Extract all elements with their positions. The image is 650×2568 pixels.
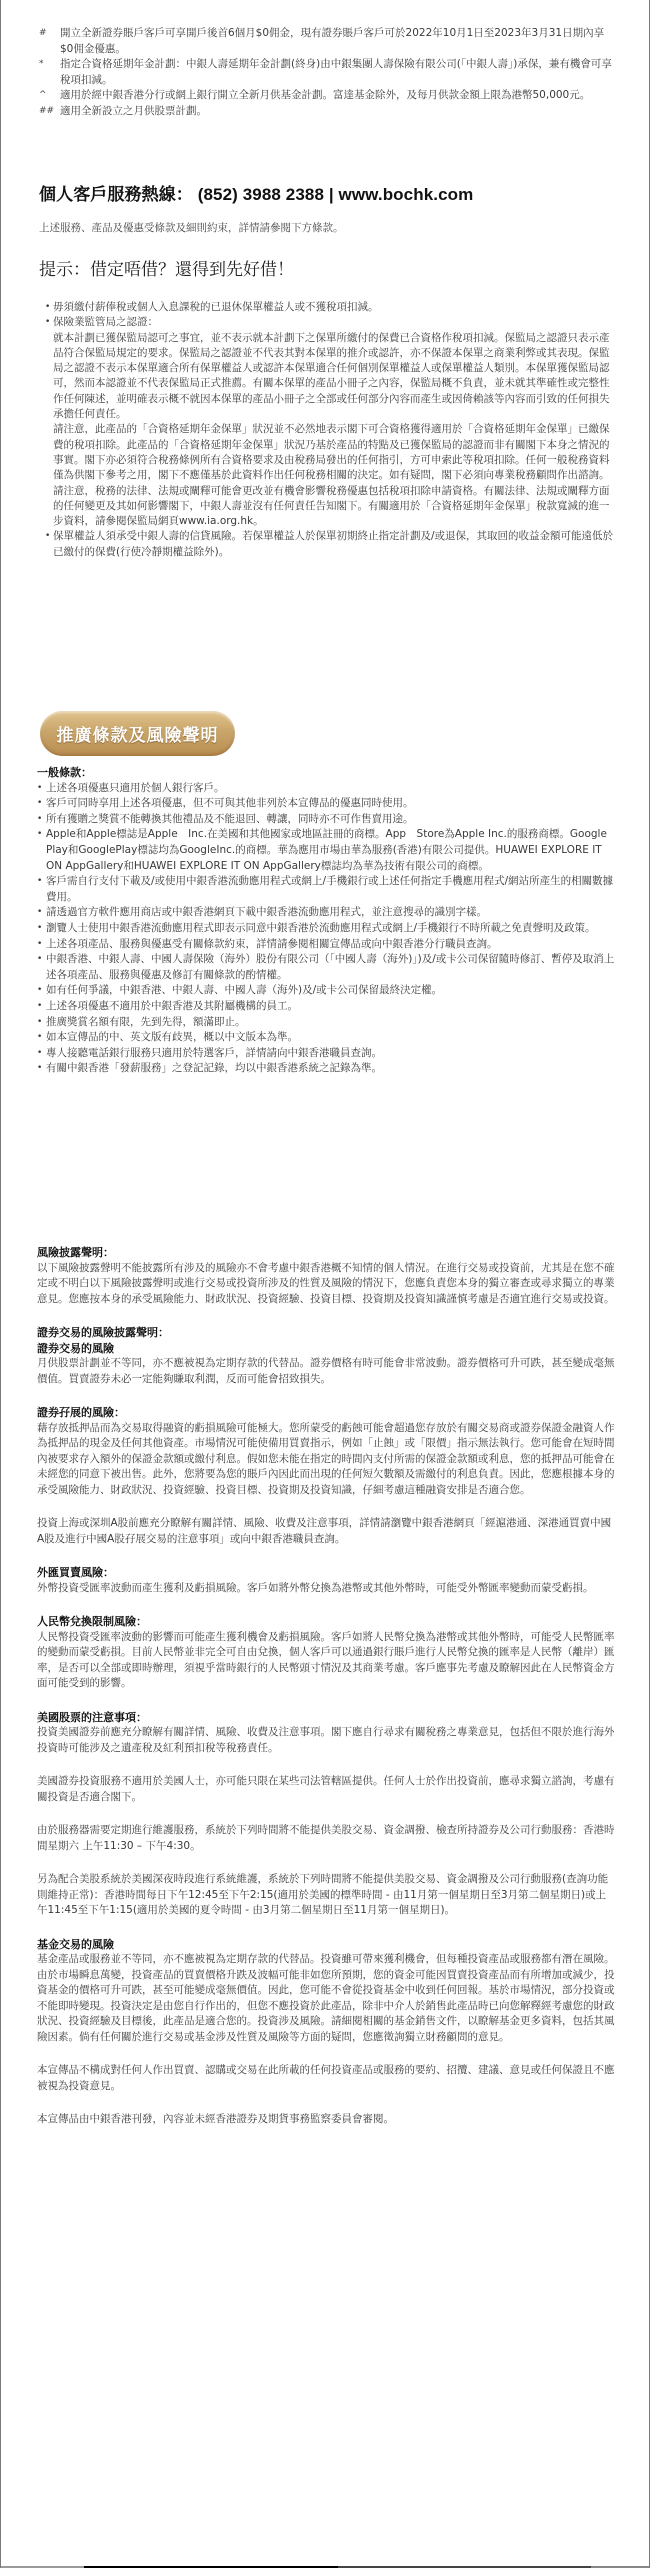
list-item: •專人接聽電話銀行服務只適用於特選客戶，詳情請向中銀香港職員查詢。	[37, 1046, 619, 1062]
hotline-separator: |	[329, 185, 334, 204]
list-item: •推廣獎賞名額有限，先到先得，額滿即止。	[37, 1015, 619, 1031]
margin-risk-title: 證券孖展的風險：	[37, 1405, 615, 1421]
night-maintenance-text: 另為配合美股系統於美國深夜時段進行系統維護，系統於下列時間將不能提供美股交易、資…	[37, 1872, 615, 1919]
bullet-icon: •	[37, 781, 46, 797]
list-item-text: 請透過官方軟件應用商店或中銀香港網頁下載中銀香港流動應用程式，並注意搜尋的識別字…	[46, 905, 619, 921]
footnote-caret: ^ 適用於經中銀香港分行或網上銀行開立全新月供基金計劃。富達基金除外，及每月供款…	[39, 88, 617, 104]
bullet-item: • 保險業監管局之認證：	[45, 315, 617, 330]
a-share-text: 投資上海或深圳A股前應充分瞭解有關詳情、風險、收費及注意事項，詳情請瀏覽中銀香港…	[37, 1516, 615, 1547]
hotline-website-link[interactable]: www.bochk.com	[339, 185, 474, 204]
footnote-asterisk: * 指定合資格延期年金計劃：中銀人壽延期年金計劃(終身)由中銀集團人壽保險有限公…	[39, 57, 617, 88]
bullet-icon: •	[37, 874, 46, 905]
list-item: •瀏覽人士使用中銀香港流動應用程式即表示同意中銀香港於流動應用程式或網上/手機銀…	[37, 921, 619, 937]
list-item: •如有任何爭議，中銀香港、中銀人壽、中國人壽（海外)及/或卡公司保留最終決定權。	[37, 983, 619, 999]
bullet-icon: •	[37, 796, 46, 812]
risk-disclosures: 風險披露聲明： 以下風險披露聲明不能披露所有涉及的風險亦不會考慮中銀香港概不知情…	[37, 1245, 615, 2128]
list-item: •上述各項產品、服務與優惠受有關條款約束，詳情請參閱相關宣傳品或向中銀香港分行職…	[37, 937, 619, 953]
us-stock-title: 美國股票的注意事項：	[37, 1710, 615, 1726]
us-persons-text: 美國證券投資服務不適用於美國人士，亦可能只限在某些司法管轄區提供。任何人士於作出…	[37, 1774, 615, 1805]
footnote-mark: ##	[39, 104, 60, 120]
promo-terms-risk-button[interactable]: 推廣條款及風險聲明	[40, 711, 235, 756]
tax-notes: • 毋須繳付薪俸稅或個人入息課稅的已退休保單權益人或不獲稅項扣減。 • 保險業監…	[45, 300, 617, 560]
list-item: •有關中銀香港「發薪服務」之登記記錄，均以中銀香港系統之記錄為準。	[37, 1061, 619, 1077]
footnote-mark: ^	[39, 88, 60, 104]
bullet-item: • 保單權益人須承受中銀人壽的信貸風險。若保單權益人於保單初期終止指定計劃及/或…	[45, 529, 617, 560]
list-item-text: 上述各項產品、服務與優惠受有關條款約束，詳情請參閱相關宣傳品或向中銀香港分行職員…	[46, 937, 619, 953]
footnote-double-hash: ## 適用全新設立之月供股票計劃。	[39, 104, 617, 120]
footnote-hash: # 開立全新證券賬戶客戶可享開戶後首6個月$0佣金，現有證券賬戶客戶可於2022…	[39, 26, 617, 57]
fund-risk-title: 基金交易的風險	[37, 1937, 615, 1953]
list-item-text: 上述各項優惠不適用於中銀香港及其附屬機構的員工。	[46, 999, 619, 1015]
list-item: •上述各項優惠不適用於中銀香港及其附屬機構的員工。	[37, 999, 619, 1015]
general-terms-title: 一般條款：	[37, 765, 619, 781]
borrowing-tip: 提示：借定唔借？還得到先好借！	[39, 255, 294, 280]
us-stock-text: 投資美國證券前應充分瞭解有關詳情、風險、收費及注意事項。閣下應自行尋求有關稅務之…	[37, 1725, 615, 1756]
list-item: •所有獲贈之獎賞不能轉換其他禮品及不能退回、轉讓，同時亦不可作售賣用途。	[37, 812, 619, 828]
ia-certification-para1: 就本計劃已獲保監局認可之事宜，並不表示就本計劃下之保單所繳付的保費已合資格作稅項…	[45, 331, 617, 423]
list-item: •請透過官方軟件應用商店或中銀香港網頁下載中銀香港流動應用程式，並注意搜尋的識別…	[37, 905, 619, 921]
risk-disclosure-title: 風險披露聲明：	[37, 1245, 615, 1261]
bullet-icon: •	[45, 300, 53, 315]
list-item-text: 上述各項優惠只適用於個人銀行客戶。	[46, 781, 619, 797]
page-frame: # 開立全新證券賬戶客戶可享開戶後首6個月$0佣金，現有證券賬戶客戶可於2022…	[0, 0, 650, 2568]
bullet-text: 毋須繳付薪俸稅或個人入息課稅的已退休保單權益人或不獲稅項扣減。	[53, 300, 617, 315]
list-item: •Apple和Apple標誌是Apple Inc.在美國和其他國家或地區註冊的商…	[37, 827, 619, 874]
footnote-mark: *	[39, 57, 60, 88]
risk-disclosure-text: 以下風險披露聲明不能披露所有涉及的風險亦不會考慮中銀香港概不知情的個人情況。在進…	[37, 1261, 615, 1308]
bullet-icon: •	[37, 921, 46, 937]
list-item: •客戶可同時享用上述各項優惠，但不可與其他非列於本宣傳品的優惠同時使用。	[37, 796, 619, 812]
fx-risk-title: 外匯買賣風險：	[37, 1565, 615, 1581]
list-item-text: 客戶可同時享用上述各項優惠，但不可與其他非列於本宣傳品的優惠同時使用。	[46, 796, 619, 812]
general-terms-list: •上述各項優惠只適用於個人銀行客戶。 •客戶可同時享用上述各項優惠，但不可與其他…	[37, 781, 619, 1077]
no-offer-text: 本宣傳品不構成對任何人作出買賣、認購或交易在此所載的任何投資產品或服務的要約、招…	[37, 2063, 615, 2094]
securities-disclosure-title: 證券交易的風險披露聲明：	[37, 1325, 615, 1341]
list-item-text: 如有任何爭議，中銀香港、中銀人壽、中國人壽（海外)及/或卡公司保留最終決定權。	[46, 983, 619, 999]
bullet-icon: •	[45, 529, 53, 560]
footnotes: # 開立全新證券賬戶客戶可享開戶後首6個月$0佣金，現有證券賬戶客戶可於2022…	[39, 26, 617, 119]
list-item-text: 所有獲贈之獎賞不能轉換其他禮品及不能退回、轉讓，同時亦不可作售賣用途。	[46, 812, 619, 828]
list-item-text: 專人接聽電話銀行服務只適用於特選客戶，詳情請向中銀香港職員查詢。	[46, 1046, 619, 1062]
list-item: •上述各項優惠只適用於個人銀行客戶。	[37, 781, 619, 797]
rmb-risk-text: 人民幣投資受匯率波動的影響而可能產生獲利機會及虧損風險。客戶如將人民幣兌換為港幣…	[37, 1630, 615, 1692]
list-item: •客戶需自行支付下載及/或使用中銀香港流動應用程式或網上/手機銀行或上述任何指定…	[37, 874, 619, 905]
list-item-text: 客戶需自行支付下載及/或使用中銀香港流動應用程式或網上/手機銀行或上述任何指定手…	[46, 874, 619, 905]
hotline-phone[interactable]: (852) 3988 2388	[198, 185, 324, 204]
bullet-text: 保單權益人須承受中銀人壽的信貸風險。若保單權益人於保單初期終止指定計劃及/或退保…	[53, 529, 617, 560]
customer-hotline: 個人客戶服務熱線： (852) 3988 2388 | www.bochk.co…	[39, 180, 473, 205]
footnote-text: 指定合資格延期年金計劃：中銀人壽延期年金計劃(終身)由中銀集團人壽保險有限公司(…	[60, 57, 617, 88]
securities-risk-title: 證券交易的風險	[37, 1341, 615, 1357]
issuer-text: 本宣傳品由中銀香港刊發，內容並未經香港證券及期貨事務監察委員會審閱。	[37, 2112, 615, 2128]
bullet-icon: •	[37, 1046, 46, 1062]
bullet-icon: •	[37, 1015, 46, 1031]
footnote-text: 適用全新設立之月供股票計劃。	[60, 104, 617, 120]
general-terms: 一般條款： •上述各項優惠只適用於個人銀行客戶。 •客戶可同時享用上述各項優惠，…	[37, 765, 619, 1077]
ia-certification-para2: 請注意，此產品的「合資格延期年金保單」狀況並不必然地表示閣下可合資格獲得適用於「…	[45, 422, 617, 529]
fx-risk-text: 外幣投資受匯率波動而產生獲利及虧損風險。客戶如將外幣兌換為港幣或其他外幣時，可能…	[37, 1581, 615, 1597]
list-item-text: Apple和Apple標誌是Apple Inc.在美國和其他國家或地區註冊的商標…	[46, 827, 619, 874]
footnote-mark: #	[39, 26, 60, 57]
bullet-item: • 毋須繳付薪俸稅或個人入息課稅的已退休保單權益人或不獲稅項扣減。	[45, 300, 617, 315]
list-item-text: 有關中銀香港「發薪服務」之登記記錄，均以中銀香港系統之記錄為準。	[46, 1061, 619, 1077]
footnote-text: 開立全新證券賬戶客戶可享開戶後首6個月$0佣金，現有證券賬戶客戶可於2022年1…	[60, 26, 617, 57]
fund-risk-text: 基金產品或服務並不等同，亦不應被視為定期存款的代替品。投資雖可帶來獲利機會，但每…	[37, 1952, 615, 2045]
bullet-icon: •	[37, 812, 46, 828]
footnote-text: 適用於經中銀香港分行或網上銀行開立全新月供基金計劃。富達基金除外，及每月供款金額…	[60, 88, 617, 104]
bullet-icon: •	[37, 937, 46, 953]
hotline-label: 個人客戶服務熱線：	[39, 185, 193, 204]
list-item-text: 中銀香港、中銀人壽、中國人壽保險（海外）股份有限公司（「中國人壽（海外)」)及/…	[46, 952, 619, 983]
maintenance-text: 由於服務器需要定期進行維護服務，系統於下列時間將不能提供美股交易、資金調撥、檢查…	[37, 1823, 615, 1854]
list-item: •如本宣傳品的中、英文版有歧異，概以中文版本為準。	[37, 1030, 619, 1046]
securities-risk-text: 月供股票計劃並不等同，亦不應被視為定期存款的代替品。證券價格有時可能會非常波動。…	[37, 1356, 615, 1387]
bullet-icon: •	[37, 1030, 46, 1046]
list-item-text: 如本宣傳品的中、英文版有歧異，概以中文版本為準。	[46, 1030, 619, 1046]
bullet-icon: •	[37, 999, 46, 1015]
rmb-risk-title: 人民幣兌換限制風險：	[37, 1614, 615, 1630]
list-item-text: 推廣獎賞名額有限，先到先得，額滿即止。	[46, 1015, 619, 1031]
list-item: •中銀香港、中銀人壽、中國人壽保險（海外）股份有限公司（「中國人壽（海外)」)及…	[37, 952, 619, 983]
bullet-icon: •	[45, 315, 53, 330]
bullet-icon: •	[37, 952, 46, 983]
list-item-text: 瀏覽人士使用中銀香港流動應用程式即表示同意中銀香港於流動應用程式或網上/手機銀行…	[46, 921, 619, 937]
margin-risk-text: 藉存放抵押品而為交易取得融資的虧損風險可能極大。您所蒙受的虧蝕可能會超過您存放於…	[37, 1421, 615, 1499]
terms-subnote: 上述服務、產品及優惠受條款及細則約束，詳情請參閱下方條款。	[39, 220, 344, 235]
bullet-icon: •	[37, 1061, 46, 1077]
bullet-text: 保險業監管局之認證：	[53, 315, 617, 330]
bullet-icon: •	[37, 827, 46, 874]
bullet-icon: •	[37, 983, 46, 999]
bullet-icon: •	[37, 905, 46, 921]
